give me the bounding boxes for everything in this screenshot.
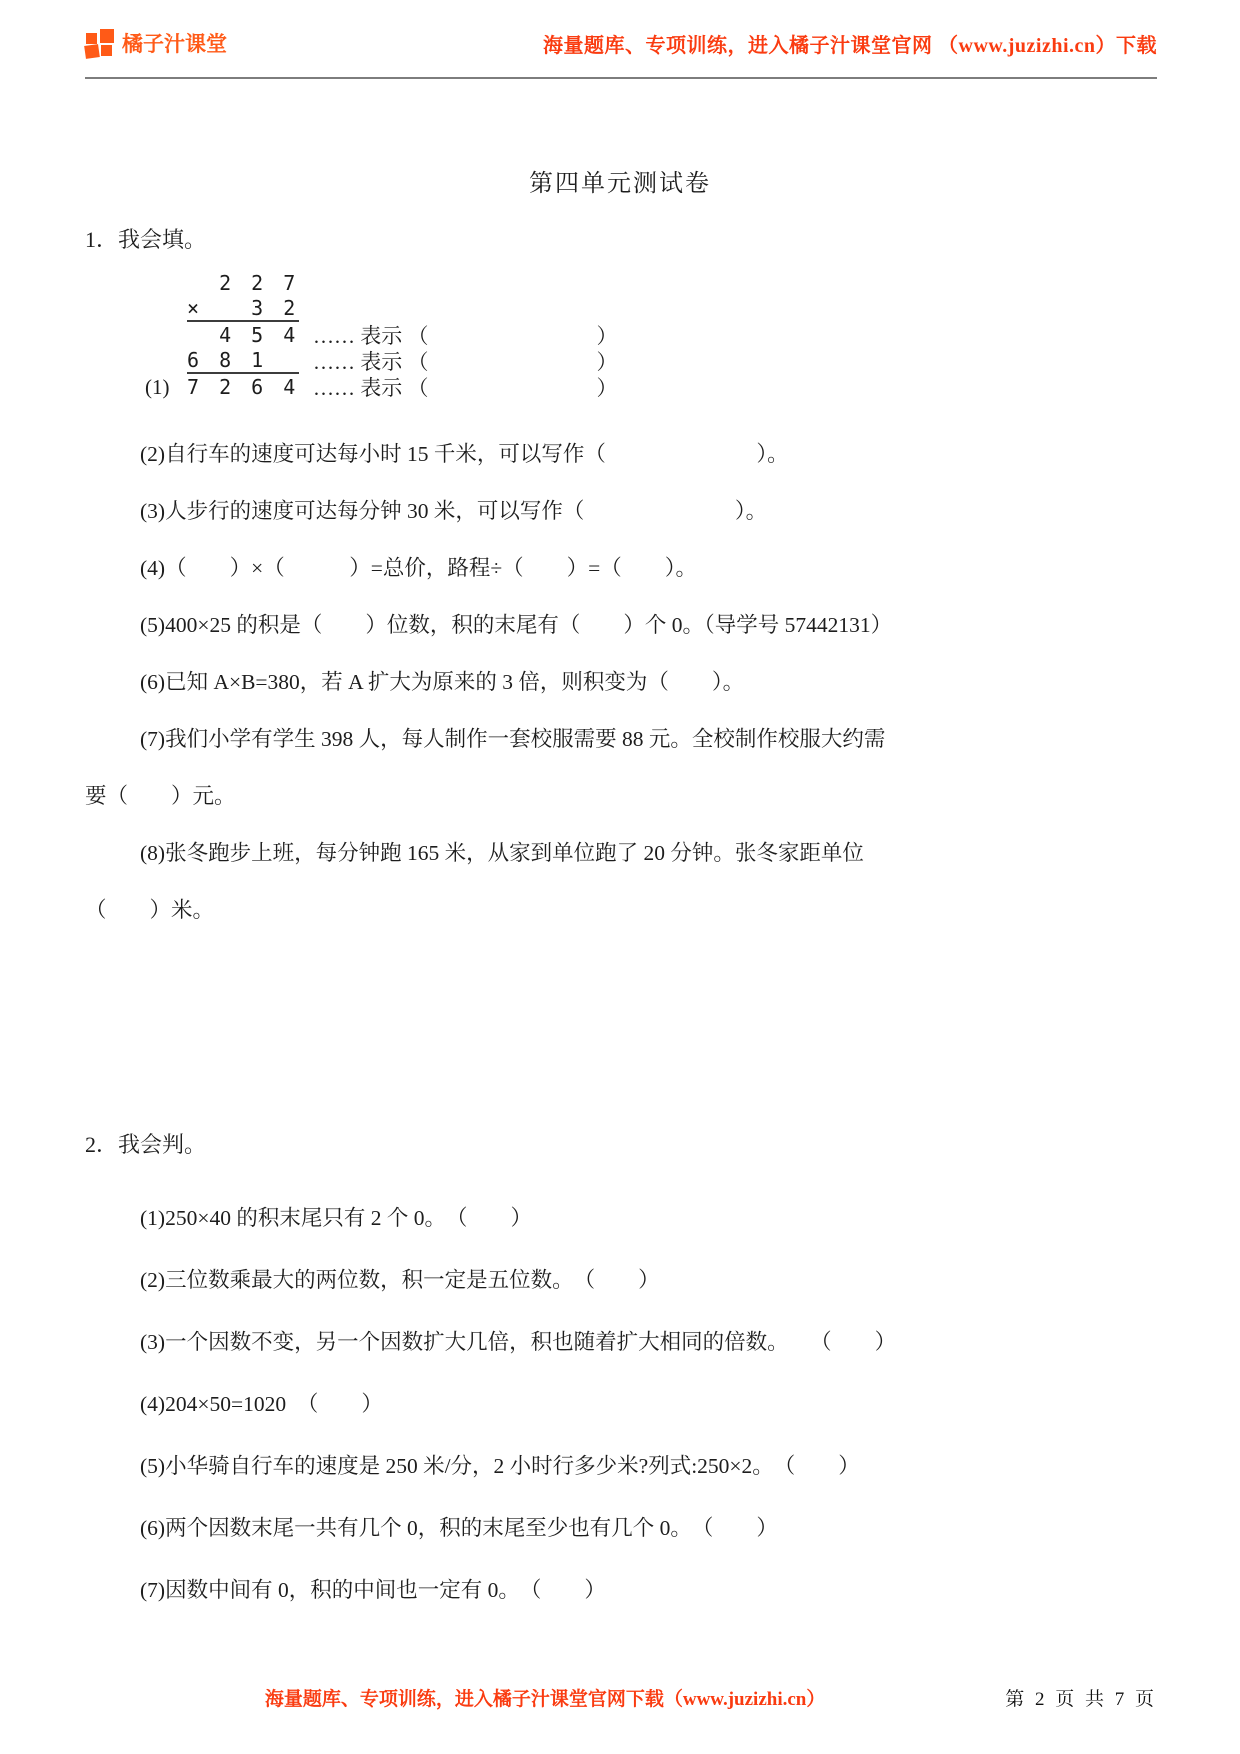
multiplicand: 2 2 7 bbox=[187, 271, 299, 295]
page-footer: 海量题库、专项训练，进入橘子汁课堂官网下载（www.juzizhi.cn） 第 … bbox=[85, 1684, 1157, 1711]
final-product: 7 2 6 4 bbox=[187, 375, 299, 399]
page-title: 第四单元测试卷 bbox=[0, 163, 1240, 198]
header-divider bbox=[85, 77, 1157, 79]
section1-items: (2)自行车的速度可达每小时 15 千米，可以写作（ ）。 (3)人步行的速度可… bbox=[85, 424, 1163, 937]
brand-name: 橘子汁课堂 bbox=[122, 28, 227, 58]
question-line: (8)张冬跑步上班，每分钟跑 165 米，从家到单位跑了 20 分钟。张冬家距单… bbox=[85, 823, 1163, 880]
question-line: (5)400×25 的积是（ ）位数，积的末尾有（ ）个 0。（导学号 5744… bbox=[85, 595, 1163, 652]
section2-items: (1)250×40 的积末尾只有 2 个 0。 （ ） (2)三位数乘最大的两位… bbox=[85, 1185, 1163, 1619]
question-line: (6)两个因数末尾一共有几个 0，积的末尾至少也有几个 0。 （ ） bbox=[85, 1495, 1163, 1557]
question-line: (6)已知 A×B=380，若 A 扩大为原来的 3 倍，则积变为（ ）。 bbox=[85, 652, 1163, 709]
multiplier-row: × 3 2 bbox=[145, 296, 618, 322]
question-line: (7)因数中间有 0，积的中间也一定有 0。 （ ） bbox=[85, 1557, 1163, 1619]
question-line: (4)204×50=1020 （ ） bbox=[85, 1371, 1163, 1433]
question-line: (3)一个因数不变，另一个因数扩大几倍，积也随着扩大相同的倍数。 （ ） bbox=[85, 1309, 1163, 1371]
final-product-row: (1) 7 2 6 4 …… 表示 （ ） bbox=[145, 374, 618, 400]
section1-heading: 1．我会填。 bbox=[85, 223, 206, 254]
question-line: (4)（ ）×（ ）=总价，路程÷（ ）=（ ）。 bbox=[85, 538, 1163, 595]
question-line: (2)三位数乘最大的两位数，积一定是五位数。 （ ） bbox=[85, 1247, 1163, 1309]
brand-logo-icon bbox=[85, 28, 115, 58]
question-line: (1)250×40 的积末尾只有 2 个 0。 （ ） bbox=[85, 1185, 1163, 1247]
question-line: (2)自行车的速度可达每小时 15 千米，可以写作（ ）。 bbox=[85, 424, 1163, 481]
question-line: (5)小华骑自行车的速度是 250 米/分，2 小时行多少米?列式:250×2。… bbox=[85, 1433, 1163, 1495]
multiplication-problem: 2 2 7 × 3 2 4 5 4 …… 表示 （ ） 6 8 1 …… 表示 … bbox=[145, 270, 618, 400]
page-number-indicator: 第 2 页 共 7 页 bbox=[1005, 1684, 1157, 1711]
page-header: 橘子汁课堂 海量题库、专项训练，进入橘子汁课堂官网 （www.juzizhi.c… bbox=[85, 28, 1157, 58]
brand: 橘子汁课堂 bbox=[85, 28, 227, 58]
multiplicand-row: 2 2 7 bbox=[145, 270, 618, 296]
partial-product-2: 6 8 1 bbox=[187, 348, 299, 374]
header-promo-text: 海量题库、专项训练，进入橘子汁课堂官网 （www.juzizhi.cn）下载 bbox=[543, 29, 1157, 58]
partial-product-1-row: 4 5 4 …… 表示 （ ） bbox=[145, 322, 618, 348]
final-product-annotation: …… 表示 （ ） bbox=[313, 372, 618, 402]
item-1-label: (1) bbox=[145, 375, 187, 400]
footer-promo-text: 海量题库、专项训练，进入橘子汁课堂官网下载（www.juzizhi.cn） bbox=[85, 1684, 1005, 1711]
question-line: (3)人步行的速度可达每分钟 30 米，可以写作（ ）。 bbox=[85, 481, 1163, 538]
question-line: (7)我们小学有学生 398 人，每人制作一套校服需要 88 元。全校制作校服大… bbox=[85, 709, 1163, 766]
question-line-continuation: （ ）米。 bbox=[85, 880, 1163, 937]
question-line-continuation: 要（ ）元。 bbox=[85, 766, 1163, 823]
partial-product-1: 4 5 4 bbox=[187, 323, 299, 347]
section2-heading: 2．我会判。 bbox=[85, 1128, 206, 1159]
partial-product-2-row: 6 8 1 …… 表示 （ ） bbox=[145, 348, 618, 374]
multiplier: × 3 2 bbox=[187, 296, 299, 322]
